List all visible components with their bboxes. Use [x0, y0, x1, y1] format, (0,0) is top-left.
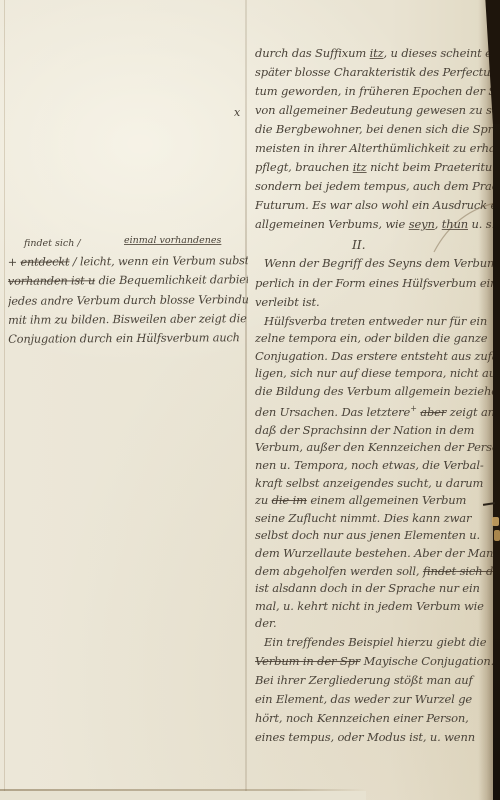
main-text-column: durch das Suffixum itz, u dieses scheint…	[255, 44, 497, 747]
manuscript-line: ein Element, das weder zur Wurzel ge	[255, 690, 497, 709]
paragraph: Ein treffendes Beispiel hierzu giebt die…	[255, 633, 497, 747]
manuscript-line: vorhanden ist u die Bequemlichkeit darbi…	[8, 270, 248, 291]
manuscript-line: pflegt, brauchen itz nicht beim Praeteri…	[255, 158, 497, 177]
text-segment: einem allgemeinen Verbum	[307, 493, 466, 507]
manuscript-line: allgemeinen Verbums, wie seyn, thun u. s…	[255, 215, 497, 234]
manuscript-line: meisten in ihrer Alterthümlichkeit zu er…	[255, 139, 497, 158]
manuscript-line: daß der Sprachsinn der Nation in dem	[255, 422, 497, 440]
text-segment-underline: thun	[442, 217, 468, 231]
manuscript-line: später blosse Charakteristik des Perfect…	[255, 63, 497, 82]
manuscript-line: nen u. Tempora, noch etwas, die Verbal-	[255, 457, 497, 475]
text-segment: allgemeinen Verbums, wie	[255, 217, 409, 231]
manuscript-line: von allgemeiner Bedeutung gewesen zu sey…	[255, 101, 497, 120]
interlinear-insertion: findet sich /	[24, 238, 81, 249]
paragraph: Wenn der Begriff des Seyns dem Verbum kö…	[255, 254, 497, 313]
manuscript-line: eines tempus, oder Modus ist, u. wenn	[255, 728, 497, 747]
text-segment: meisten in ihrer Alterthümlichkeit zu er…	[255, 141, 497, 155]
text-segment: Ein treffendes Beispiel hierzu giebt die	[264, 635, 486, 649]
text-segment: zu	[255, 493, 272, 507]
text-segment: Hülfsverba treten entweder nur für ein	[264, 314, 487, 328]
text-segment: daß der Sprachsinn der Nation in dem	[255, 423, 474, 437]
text-segment: die Bequemlichkeit darbietet,	[95, 273, 248, 287]
manuscript-line: perlich in der Form eines Hülfsverbum ei…	[255, 274, 497, 294]
text-segment: mal, u. kehrt nicht in jedem Verbum wie	[255, 599, 484, 613]
vertical-fold-crease	[245, 0, 247, 800]
text-segment: Verbum, außer den Kennzeichen der Perso	[255, 440, 497, 454]
text-segment: kraft selbst anzeigendes sucht, u darum	[255, 476, 483, 490]
text-segment: tum geworden, in früheren Epochen der Sp…	[255, 84, 497, 98]
text-segment-underline: itz	[353, 160, 367, 174]
text-segment: nen u. Tempora, noch etwas, die Verbal-	[255, 458, 484, 472]
text-segment-underline: seyn	[409, 217, 435, 231]
text-segment: Mayische Conjugation.	[360, 654, 494, 668]
text-segment: selbst doch nur aus jenen Elementen u.	[255, 528, 480, 542]
manuscript-line: Wenn der Begriff des Seyns dem Verbum kö	[255, 254, 497, 274]
text-segment-sup: +	[410, 404, 417, 413]
tape-stain	[492, 517, 499, 526]
text-segment: die Bergbewohner, bei denen sich die Spr…	[255, 122, 497, 136]
text-segment: Wenn der Begriff des Seyns dem Verbum kö	[264, 256, 497, 270]
manuscript-line: hört, noch Kennzeichen einer Person,	[255, 709, 497, 728]
text-segment-strike: entdeckt	[20, 255, 69, 268]
text-segment: dem abgeholfen werden soll,	[255, 564, 423, 578]
manuscript-line: verleibt ist.	[255, 293, 497, 313]
manuscript-line: selbst doch nur aus jenen Elementen u.	[255, 527, 497, 545]
manuscript-line: Verbum in der Spr Mayische Conjugation.	[255, 652, 497, 671]
text-segment: / leicht, wenn ein Verbum subst	[69, 254, 248, 268]
text-segment: dem Wurzellaute bestehen. Aber der Mange…	[255, 546, 497, 560]
manuscript-line: die Bergbewohner, bei denen sich die Spr…	[255, 120, 497, 139]
manuscript-line: ligen, sich nur auf diese tempora, nicht…	[255, 365, 497, 383]
manuscript-line: Conjugation durch ein Hülfsverbum auch	[8, 328, 248, 349]
text-segment: zelne tempora ein, oder bilden die ganze	[255, 331, 487, 345]
manuscript-line: kraft selbst anzeigendes sucht, u darum	[255, 475, 497, 493]
text-segment-strike: vorhanden ist u	[8, 275, 95, 289]
text-segment-strike: aber	[420, 405, 446, 419]
tape-stain	[494, 530, 500, 541]
manuscript-line: den Ursachen. Das letztere+ aber zeigt a…	[255, 400, 497, 421]
manuscript-line: die Bildung des Verbum allgemein beziehe…	[255, 383, 497, 401]
text-segment: sondern bei jedem tempus, auch dem Praes…	[255, 179, 497, 193]
text-segment: von allgemeiner Bedeutung gewesen zu sey…	[255, 103, 497, 117]
under-page-paper	[0, 791, 366, 800]
manuscript-line: mal, u. kehrt nicht in jedem Verbum wie	[255, 598, 497, 616]
text-segment: der.	[255, 616, 276, 630]
manuscript-line: Futurum. Es war also wohl ein Ausdruck e…	[255, 196, 497, 215]
section-heading: II.	[352, 237, 497, 252]
text-segment-underline: itz	[370, 46, 384, 60]
text-segment: jedes andre Verbum durch blosse Verbindu…	[8, 293, 248, 308]
manuscript-line: Bei ihrer Zergliederung stößt man auf	[255, 671, 497, 690]
text-segment: die Bildung des Verbum allgemein beziehe…	[255, 384, 497, 398]
manuscript-line: jedes andre Verbum durch blosse Verbindu…	[8, 290, 248, 311]
text-segment: eines tempus, oder Modus ist, u. wenn	[255, 730, 475, 744]
manuscript-line: + entdeckt / leicht, wenn ein Verbum sub…	[8, 251, 248, 272]
text-segment: ,	[435, 217, 442, 231]
manuscript-line: Conjugation. Das erstere entsteht aus zu…	[255, 348, 497, 366]
text-segment: Bei ihrer Zergliederung stößt man auf	[255, 673, 473, 687]
paper-left-edge-line	[4, 0, 5, 800]
text-segment: durch das Suffixum	[255, 46, 370, 60]
text-segment: +	[8, 256, 21, 269]
manuscript-line: sondern bei jedem tempus, auch dem Praes…	[255, 177, 497, 196]
text-segment: mit ihm zu bilden. Bisweilen aber zeigt …	[8, 312, 247, 327]
text-segment: verleibt ist.	[255, 295, 320, 309]
paragraph: durch das Suffixum itz, u dieses scheint…	[255, 44, 497, 234]
text-segment: später blosse Charakteristik des Perfect…	[255, 65, 497, 79]
bottom-page-edge-line	[0, 789, 366, 791]
manuscript-photo: { "page": { "paper_color": "#eae5d5", "i…	[0, 0, 500, 800]
text-segment: seine Zuflucht nimmt. Dies kann zwar	[255, 511, 471, 525]
manuscript-line: ist alsdann doch in der Sprache nur ein	[255, 580, 497, 598]
manuscript-line: Hülfsverba treten entweder nur für ein	[255, 313, 497, 331]
manuscript-line: tum geworden, in früheren Epochen der Sp…	[255, 82, 497, 101]
manuscript-line: Ein treffendes Beispiel hierzu giebt die	[255, 633, 497, 652]
interlinear-insertion: einmal vorhandenes	[124, 235, 221, 246]
manuscript-line: zu die im einem allgemeinen Verbum	[255, 492, 497, 510]
text-segment: hört, noch Kennzeichen einer Person,	[255, 711, 469, 725]
manuscript-line: durch das Suffixum itz, u dieses scheint…	[255, 44, 497, 63]
manuscript-line: seine Zuflucht nimmt. Dies kann zwar	[255, 510, 497, 528]
collation-mark-x: x	[234, 106, 240, 119]
text-segment: Conjugation. Das erstere entsteht aus zu…	[255, 349, 497, 363]
manuscript-line: dem Wurzellaute bestehen. Aber der Mange…	[255, 545, 497, 563]
text-segment-strike: Verbum in der Spr	[255, 654, 360, 668]
text-segment: Futurum. Es war also wohl ein Ausdruck e…	[255, 198, 497, 212]
text-segment: perlich in der Form eines Hülfsverbum ei…	[255, 276, 497, 290]
text-segment-strike: die im	[272, 493, 307, 507]
text-segment: ist alsdann doch in der Sprache nur ein	[255, 581, 480, 595]
text-segment: Conjugation durch ein Hülfsverbum auch	[8, 331, 240, 346]
paragraph: Hülfsverba treten entweder nur für einze…	[255, 313, 497, 634]
manuscript-line: mit ihm zu bilden. Bisweilen aber zeigt …	[8, 309, 248, 330]
manuscript-line: dem abgeholfen werden soll, findet sich …	[255, 563, 497, 581]
manuscript-line: Verbum, außer den Kennzeichen der Perso	[255, 439, 497, 457]
text-segment: ligen, sich nur auf diese tempora, nicht…	[255, 366, 497, 380]
manuscript-line: der.	[255, 615, 497, 633]
text-segment: den Ursachen. Das letztere	[255, 405, 410, 419]
manuscript-line: zelne tempora ein, oder bilden die ganze	[255, 330, 497, 348]
text-segment: ein Element, das weder zur Wurzel ge	[255, 692, 472, 706]
margin-note: + entdeckt / leicht, wenn ein Verbum sub…	[8, 251, 249, 349]
page-edge-shadow	[478, 0, 494, 800]
text-segment: pflegt, brauchen	[255, 160, 353, 174]
